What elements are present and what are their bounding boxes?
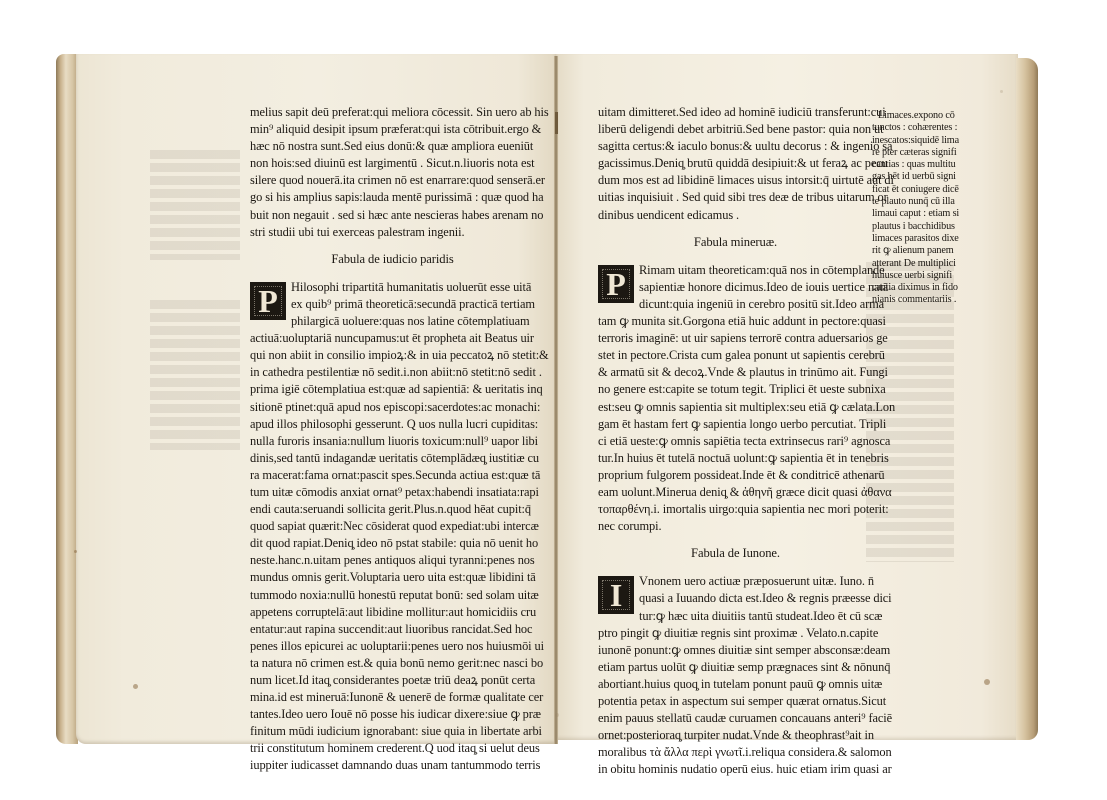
paragraph: P Hilosophi tripartitā humanitatis uolue… — [250, 279, 535, 775]
initial-letter: P — [251, 284, 285, 318]
text-line: mina.id est mineruā:Iunonē & uenerē de f… — [250, 689, 535, 706]
marginal-line: limaces parasitos dixe — [872, 233, 959, 245]
text-line: tur.In huius ēt tutelā noctuā uolunt:ꝙ s… — [598, 450, 873, 467]
marginal-line: atterant De multiplici — [872, 258, 959, 270]
text-line: & armatū sit & decoꝝ.Vnde & plautus in t… — [598, 364, 873, 381]
text-line: sagitta certus:& iaculo bonus:& uultu de… — [598, 138, 873, 155]
marginal-line: limaui caput : etiam si — [872, 208, 959, 220]
text-line: apud illos philosophi gesserunt. Q uos n… — [250, 416, 535, 433]
text-line: nulla furoris insania:nullum liuoris tox… — [250, 433, 535, 450]
text-line: etiam partus uolūt ꝙ diuitiæ semp prægna… — [598, 659, 873, 676]
text-line: sapientiæ honore dicimus.Ideo de iouis u… — [598, 279, 873, 296]
text-line: abortiant.huius quoq̧ in tutelam ponunt … — [598, 676, 873, 693]
text-line: gam ēt hastam fert ꝙ sapientia longo uer… — [598, 416, 873, 433]
text-line: proprium fulgorem possideat.Inde ēt & co… — [598, 467, 873, 484]
decorated-initial: P — [250, 282, 286, 320]
text-line: in obitu hominis nudatio operū eius. hui… — [598, 761, 873, 778]
text-line: ci etiā ueste:ꝙ omnis sapiētia tecta ext… — [598, 433, 873, 450]
text-line: tummodo noxia:nullū honestū reputat bonū… — [250, 587, 535, 604]
text-line: Rimam uitam theoreticam:quā nos in cōtem… — [598, 262, 873, 279]
paper-foxing — [1000, 90, 1003, 93]
right-page-block-edge — [1016, 58, 1038, 740]
marginal-line: huiusce uerbi signifi — [872, 270, 959, 282]
text-line: buit non negauit . sed si hæc ante nesci… — [250, 207, 535, 224]
paper-stain — [74, 550, 77, 553]
text-line: ta natura nō crimen est.& quia bonū nemo… — [250, 655, 535, 672]
text-line: quod sapiat quærit:Nec cōsiderat quod ex… — [250, 518, 535, 535]
text-line: tur:ꝙ hæc uita diuitiis tantū studeat.Id… — [598, 608, 873, 625]
initial-letter: I — [599, 578, 633, 612]
paragraph: P Rimam uitam theoreticam:quā nos in cōt… — [598, 262, 873, 536]
text-line: Hilosophi tripartitā humanitatis uoluerū… — [250, 279, 535, 296]
text-line: dicunt:quia ingeniū in cerebro positū si… — [598, 296, 873, 313]
show-through-text-left-upper — [150, 150, 240, 260]
text-line: terroris imaginē: ut uir sapiens terrorē… — [598, 330, 873, 347]
text-line: eam uolunt.Minerua deniq̧ & ἀθηνῆ græce … — [598, 484, 873, 501]
text-line: iunonē ponunt:ꝙ omnes diuitiæ sint sempe… — [598, 642, 873, 659]
text-line: moralibus τὰ ἄλλα περὶ γνωτῖ.i.reliqua c… — [598, 744, 873, 761]
text-line: actiuā:uoluptariā nuncupamus:ut ēt proph… — [250, 330, 535, 347]
text-line: non hois:sed diuinū est largimentū . Sic… — [250, 155, 535, 172]
text-line: penes illos epicurei ac uoluptarii:penes… — [250, 638, 535, 655]
text-line: mundus omnis gerit.Voluptaria uero uita … — [250, 569, 535, 586]
text-line: potentia petax in aspectum sui semper qu… — [598, 693, 873, 710]
text-line: endi cauta:seruandi sollicita gerit.Plus… — [250, 501, 535, 518]
text-line: tantes.Ideo uero Iouē nō posse his iudic… — [250, 706, 535, 723]
text-line: gacissimus.Deniq̧ brutū quiddā desipiuit… — [598, 155, 873, 172]
text-line: philargicā uoluere:quas nos latine cōtem… — [250, 313, 535, 330]
marginal-line: Limaces.expono cō — [872, 110, 959, 122]
text-line: no genere est:capite se totum tegit. Tri… — [598, 381, 873, 398]
marginal-line: inescatos:siquidē lima — [872, 135, 959, 147]
section-heading: Fabula de iudicio paridis — [250, 251, 535, 268]
text-line: qui non abiit in consilio impioꝝ:& in ui… — [250, 347, 535, 364]
text-line: nec corumpi. — [598, 518, 873, 535]
marginal-line: nianis commentariis . — [872, 294, 959, 306]
text-line: enim pauus stellatū caudæ curuamen conca… — [598, 710, 873, 727]
text-line: trii constitutum hominem crederent.Q uod… — [250, 740, 535, 757]
text-line: melius sapit deū preferat:qui meliora cō… — [250, 104, 535, 121]
paper-stain — [133, 684, 138, 689]
text-line: τοπαρθένη.i. imortalis uirgo:quia sapien… — [598, 501, 873, 518]
text-line: silere quod nouerā.ita crimen nō est ena… — [250, 172, 535, 189]
text-line: tam ꝙ munita sit.Gorgona etiā huic addun… — [598, 313, 873, 330]
text-line: dinis,sed tantū indagandæ ueritatis cōte… — [250, 450, 535, 467]
text-line: ex quib⁹ primā theoreticā:secundā practi… — [250, 296, 535, 313]
marginal-line: re pter cæteras signifi — [872, 147, 959, 159]
marginal-commentary: Limaces.expono cō tunctos : cohærentes :… — [872, 110, 959, 307]
text-line: ornet:posterioraq̧ turpiter nudat.Vnde &… — [598, 727, 873, 744]
decorated-initial: I — [598, 576, 634, 614]
right-page-text: uitam dimitteret.Sed ideo ad hominē iudi… — [598, 104, 873, 778]
marginal-line: ficat ēt coniugere dicē — [872, 184, 959, 196]
text-line: uitam dimitteret.Sed ideo ad hominē iudi… — [598, 104, 873, 121]
marginal-line: tunctos : cohærentes : — [872, 122, 959, 134]
paper-stain — [984, 679, 990, 685]
decorated-initial: P — [598, 265, 634, 303]
text-line: liberū deligendi debet arbitriū.Sed bene… — [598, 121, 873, 138]
text-line: ra macerat:fama ornat:pascit spes.Secund… — [250, 467, 535, 484]
text-line: sitionē ptinet:quā apud nos episcopi:sac… — [250, 399, 535, 416]
text-line: uitias inquisiuit . Sed quid sibi tres d… — [598, 189, 873, 206]
text-line: est:seu ꝙ omnis sapientia sit multiplex:… — [598, 399, 873, 416]
text-line: iuppiter iudicasset damnando duas unam t… — [250, 757, 535, 774]
marginal-line: cantias : quas multitu — [872, 159, 959, 171]
section-heading: Fabula mineruæ. — [598, 234, 873, 251]
text-line: entatur:aut rapina succendit:aut liuorib… — [250, 621, 535, 638]
paper-foxing — [555, 713, 559, 717]
open-book: melius sapit deū preferat:qui meliora cō… — [0, 0, 1107, 800]
text-line: tum uitæ cōmodis anxiat ornat⁹ petax:hab… — [250, 484, 535, 501]
text-line: dum mos est ad libidinē limaces uisus in… — [598, 172, 873, 189]
marginal-line: plautus i bacchidibus — [872, 221, 959, 233]
section-heading: Fabula de Iunone. — [598, 545, 873, 562]
text-line: min⁹ aliquid desipit ipsum præferat:qui … — [250, 121, 535, 138]
text-line: appetens corruptelā:aut libidine mollitu… — [250, 604, 535, 621]
book-gutter — [554, 56, 558, 744]
marginal-line: te plauto nunq̄ cū illa — [872, 196, 959, 208]
marginal-line: rit ꝙ alienum panem — [872, 245, 959, 257]
text-line: finitum mūdi iudicium ignorabant: siue q… — [250, 723, 535, 740]
marginal-line: cantia diximus in fido — [872, 282, 959, 294]
text-line: stet in pectore.Crista cum galea ponunt … — [598, 347, 873, 364]
text-line: dit quod rapiat.Deniq̧ ideo nō pstat sta… — [250, 535, 535, 552]
text-line: ptro pingit ꝙ diuitiæ regnis sint proxim… — [598, 625, 873, 642]
text-line: go si his amplius sapis:lauda mentē puri… — [250, 189, 535, 206]
text-line: Vnonem uero actiuæ præposuerunt uitæ. Iu… — [598, 573, 873, 590]
text-line: neste.hanc.n.uitam penes antiquos aliqui… — [250, 552, 535, 569]
text-line: hæc nō nostra sunt.Sed eius donū:& quæ a… — [250, 138, 535, 155]
left-page-text: melius sapit deū preferat:qui meliora cō… — [250, 104, 535, 775]
text-line: stri studii ubi tui exerceas palestram i… — [250, 224, 535, 241]
binding-thread — [555, 112, 558, 134]
text-line: quasi a Iuuando dicta est.Ideo & regnis … — [598, 590, 873, 607]
show-through-text-left-lower — [150, 300, 240, 450]
initial-letter: P — [599, 267, 633, 301]
paragraph: I Vnonem uero actiuæ præposuerunt uitæ. … — [598, 573, 873, 778]
left-page-block-edge — [56, 54, 78, 744]
text-line: dinibus uendicent edicamus . — [598, 207, 873, 224]
text-line: prima igiē cōtemplatiua est:quæ ad sapie… — [250, 381, 535, 398]
text-line: in cathedra pestilentiæ nō sedit.i.non a… — [250, 364, 535, 381]
text-line: num licet.Id itaq̧ considerantes poetæ t… — [250, 672, 535, 689]
marginal-line: gas hēt id uerbū signi — [872, 171, 959, 183]
